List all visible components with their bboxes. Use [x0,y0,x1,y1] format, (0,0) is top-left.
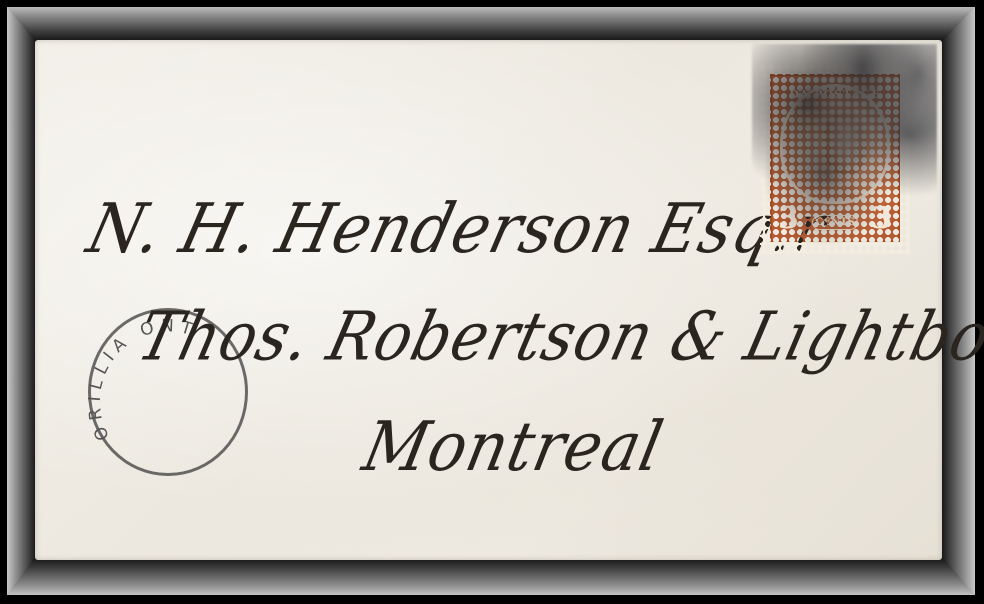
cancellation-mark [752,44,937,244]
address-line-name: N. H. Henderson Esq.r [80,188,836,268]
address-line-city: Montreal [356,406,670,486]
frame-bevel-top [7,7,975,43]
frame-bevel-bottom [7,555,975,595]
frame-bevel-left [7,7,37,595]
address-line-company: Thos. Robertson & Lightbound [130,298,984,376]
